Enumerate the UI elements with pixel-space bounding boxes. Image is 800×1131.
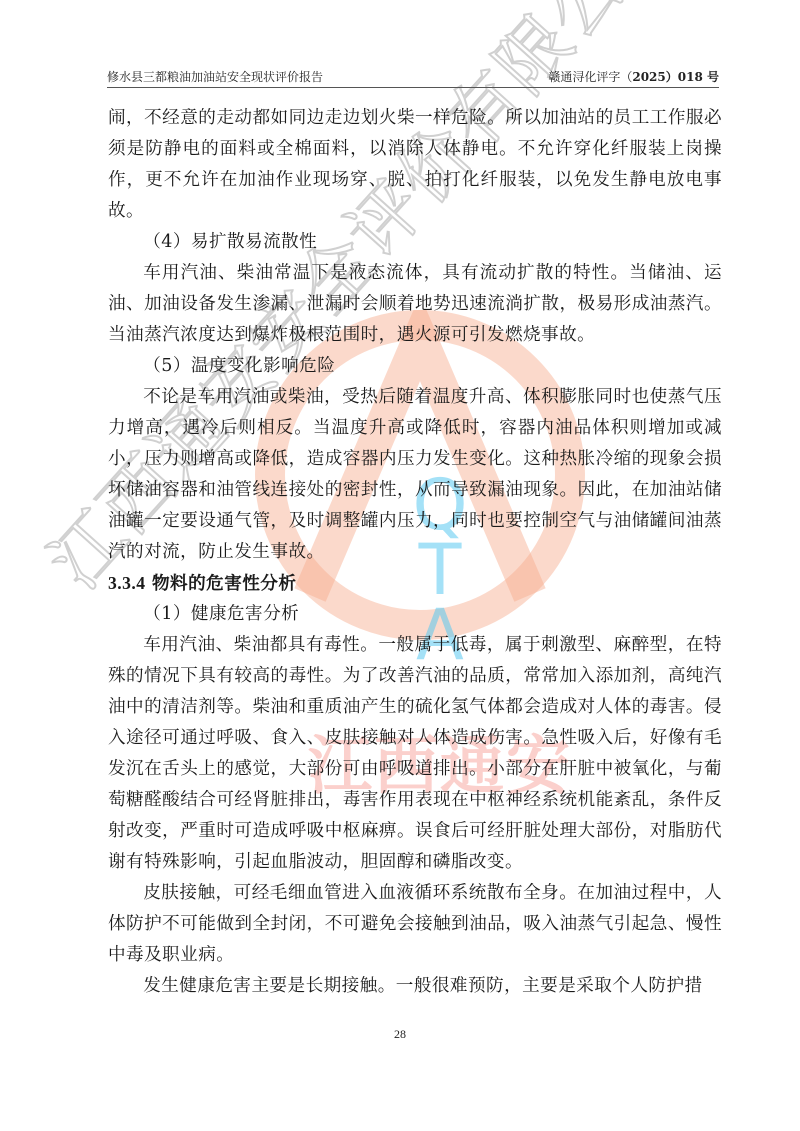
paragraph-diffusion: 车用汽油、柴油常温下是液态流体，具有流动扩散的特性。当储油、运油、加油设备发生渗… xyxy=(108,258,722,351)
page-number: 28 xyxy=(0,1027,800,1042)
subheading-health-hazard: （1）健康危害分析 xyxy=(108,599,722,630)
report-number-suffix: ）018 号 xyxy=(666,70,719,84)
paragraph-skin-contact: 皮肤接触，可经毛细血管进入血液循环系统散布全身。在加油过程中，人体防护不可能做到… xyxy=(108,878,722,971)
report-number-prefix: 赣通浔化评字（ xyxy=(548,70,632,84)
subheading-temperature: （5）温度变化影响危险 xyxy=(108,351,722,382)
section-number: 3.3.4 xyxy=(108,573,145,593)
paragraph-toxicity: 车用汽油、柴油都具有毒性。一般属于低毒，属于刺激型、麻醉型，在特殊的情况下具有较… xyxy=(108,630,722,878)
section-heading-3-3-4: 3.3.4 物料的危害性分析 xyxy=(108,568,722,599)
paragraph-static-electricity: 闹，不经意的走动都如同边走边划火柴一样危险。所以加油站的员工工作服必须是防静电的… xyxy=(108,103,722,227)
paragraph-temperature: 不论是车用汽油或柴油，受热后随着温度升高、体积膨胀同时也使蒸气压力增高，遇冷后则… xyxy=(108,382,722,568)
subheading-diffusion: （4）易扩散易流散性 xyxy=(108,227,722,258)
paragraph-long-term-exposure: 发生健康危害主要是长期接触。一般很难预防，主要是采取个人防护措 xyxy=(108,971,722,1002)
page-header: 修水县三都粮油加油站安全现状评价报告 赣通浔化评字（2025）018 号 xyxy=(107,66,719,88)
document-body: 闹，不经意的走动都如同边走边划火柴一样危险。所以加油站的员工工作服必须是防静电的… xyxy=(108,103,722,1002)
section-title: 物料的危害性分析 xyxy=(152,573,296,594)
report-number: 赣通浔化评字（2025）018 号 xyxy=(548,68,719,85)
report-title: 修水县三都粮油加油站安全现状评价报告 xyxy=(107,68,323,85)
report-number-year: 2025 xyxy=(632,70,665,84)
